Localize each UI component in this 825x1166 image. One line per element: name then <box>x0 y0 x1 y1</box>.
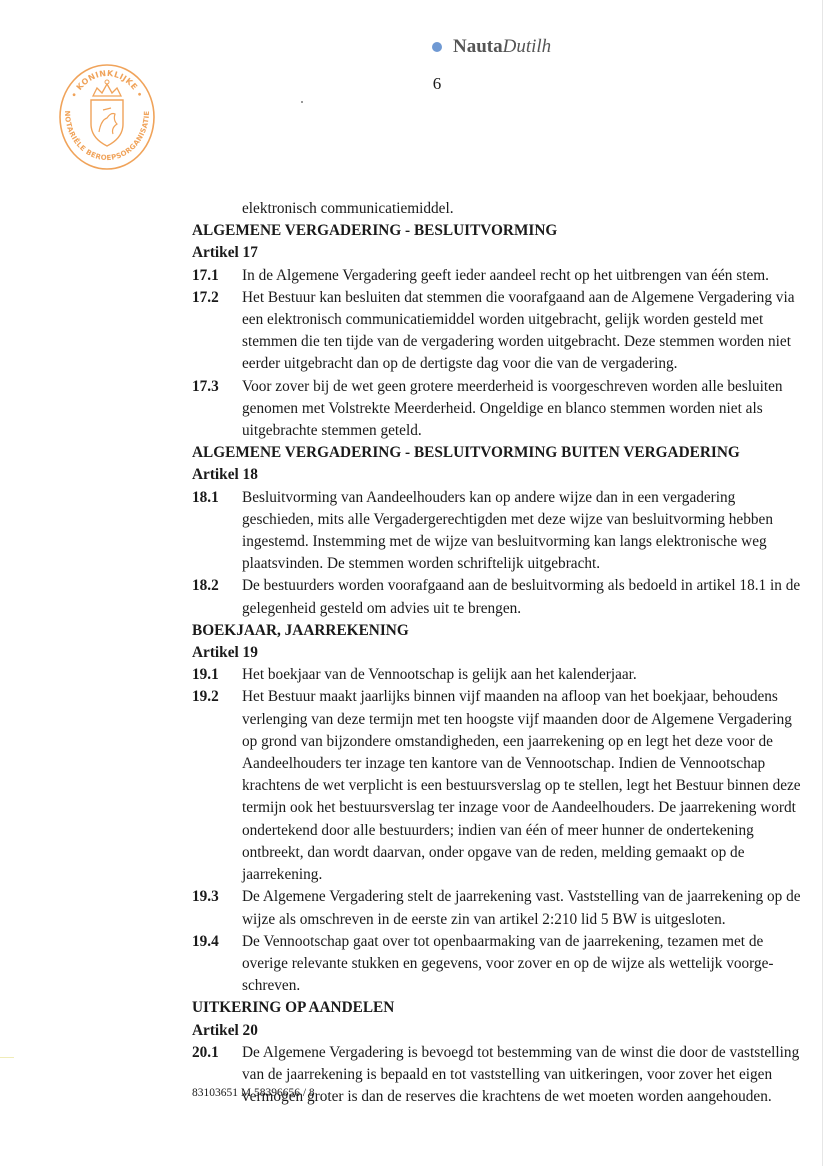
article-title: Artikel 19 <box>192 642 802 664</box>
clause: 17.3Voor zover bij de wet geen grotere m… <box>192 376 802 443</box>
section-heading: ALGEMENE VERGADERING - BESLUITVORMING BU… <box>192 442 802 464</box>
clause: 17.2Het Bestuur kan besluiten dat stemme… <box>192 287 802 376</box>
section-heading: UITKERING OP AANDELEN <box>192 997 802 1019</box>
carryover-text: elektronisch communicatiemiddel. <box>192 198 802 220</box>
notarial-seal-icon: • KONINKLIJKE • NOTARIËLE BEROEPSORGANIS… <box>57 62 157 172</box>
document-body: elektronisch communicatiemiddel. ALGEMEN… <box>192 198 802 1108</box>
clause-number: 19.4 <box>192 931 242 998</box>
clause: 19.1Het boekjaar van de Vennootschap is … <box>192 664 802 686</box>
clause: 18.2De bestuurders worden voorafgaand aa… <box>192 575 802 619</box>
clause-number: 18.1 <box>192 487 242 576</box>
brand-logo: NautaDutilh <box>432 36 551 58</box>
brand-name-bold: Nauta <box>453 36 503 58</box>
section-heading: ALGEMENE VERGADERING - BESLUITVORMING <box>192 220 802 242</box>
article-title: Artikel 17 <box>192 242 802 264</box>
clause: 18.1Besluitvorming van Aandeelhouders ka… <box>192 487 802 576</box>
sections: ALGEMENE VERGADERING - BESLUITVORMINGArt… <box>192 220 802 1108</box>
clause-number: 17.2 <box>192 287 242 376</box>
scan-mark <box>0 1057 14 1058</box>
brand-name-italic: Dutilh <box>503 36 552 58</box>
article-title: Artikel 18 <box>192 464 802 486</box>
clause: 19.4De Vennootschap gaat over tot openba… <box>192 931 802 998</box>
brand-dot-icon <box>432 42 442 52</box>
clause: 19.3De Algemene Vergadering stelt de jaa… <box>192 886 802 930</box>
clause-text: Besluitvorming van Aandeelhouders kan op… <box>242 487 802 576</box>
clause-text: De Algemene Vergadering stelt de jaarrek… <box>242 886 802 930</box>
page-number: 6 <box>432 74 442 94</box>
clause-number: 19.2 <box>192 686 242 886</box>
clause-text: De Vennootschap gaat over tot openbaarma… <box>242 931 802 998</box>
clause-text: Het Bestuur kan besluiten dat stemmen di… <box>242 287 802 376</box>
clause: 17.1In de Algemene Vergadering geeft ied… <box>192 265 802 287</box>
clause-number: 19.3 <box>192 886 242 930</box>
clause-number: 18.2 <box>192 575 242 619</box>
clause-number: 17.1 <box>192 265 242 287</box>
clause-text: Het Bestuur maakt jaarlijks binnen vijf … <box>242 686 802 886</box>
clause-text: De bestuurders worden voorafgaand aan de… <box>242 575 802 619</box>
page-edge <box>822 0 823 1166</box>
scan-speck <box>301 101 303 103</box>
clause-text: Voor zover bij de wet geen grotere meerd… <box>242 376 802 443</box>
clause-number: 17.3 <box>192 376 242 443</box>
document-reference: 83103651 M 58396656 / 8 <box>192 1087 315 1099</box>
clause-text: De Algemene Vergadering is bevoegd tot b… <box>242 1042 802 1109</box>
article-title: Artikel 20 <box>192 1020 802 1042</box>
section-heading: BOEKJAAR, JAARREKENING <box>192 620 802 642</box>
clause: 19.2Het Bestuur maakt jaarlijks binnen v… <box>192 686 802 886</box>
clause-text: Het boekjaar van de Vennootschap is geli… <box>242 664 802 686</box>
clause-number: 19.1 <box>192 664 242 686</box>
clause-text: In de Algemene Vergadering geeft ieder a… <box>242 265 802 287</box>
